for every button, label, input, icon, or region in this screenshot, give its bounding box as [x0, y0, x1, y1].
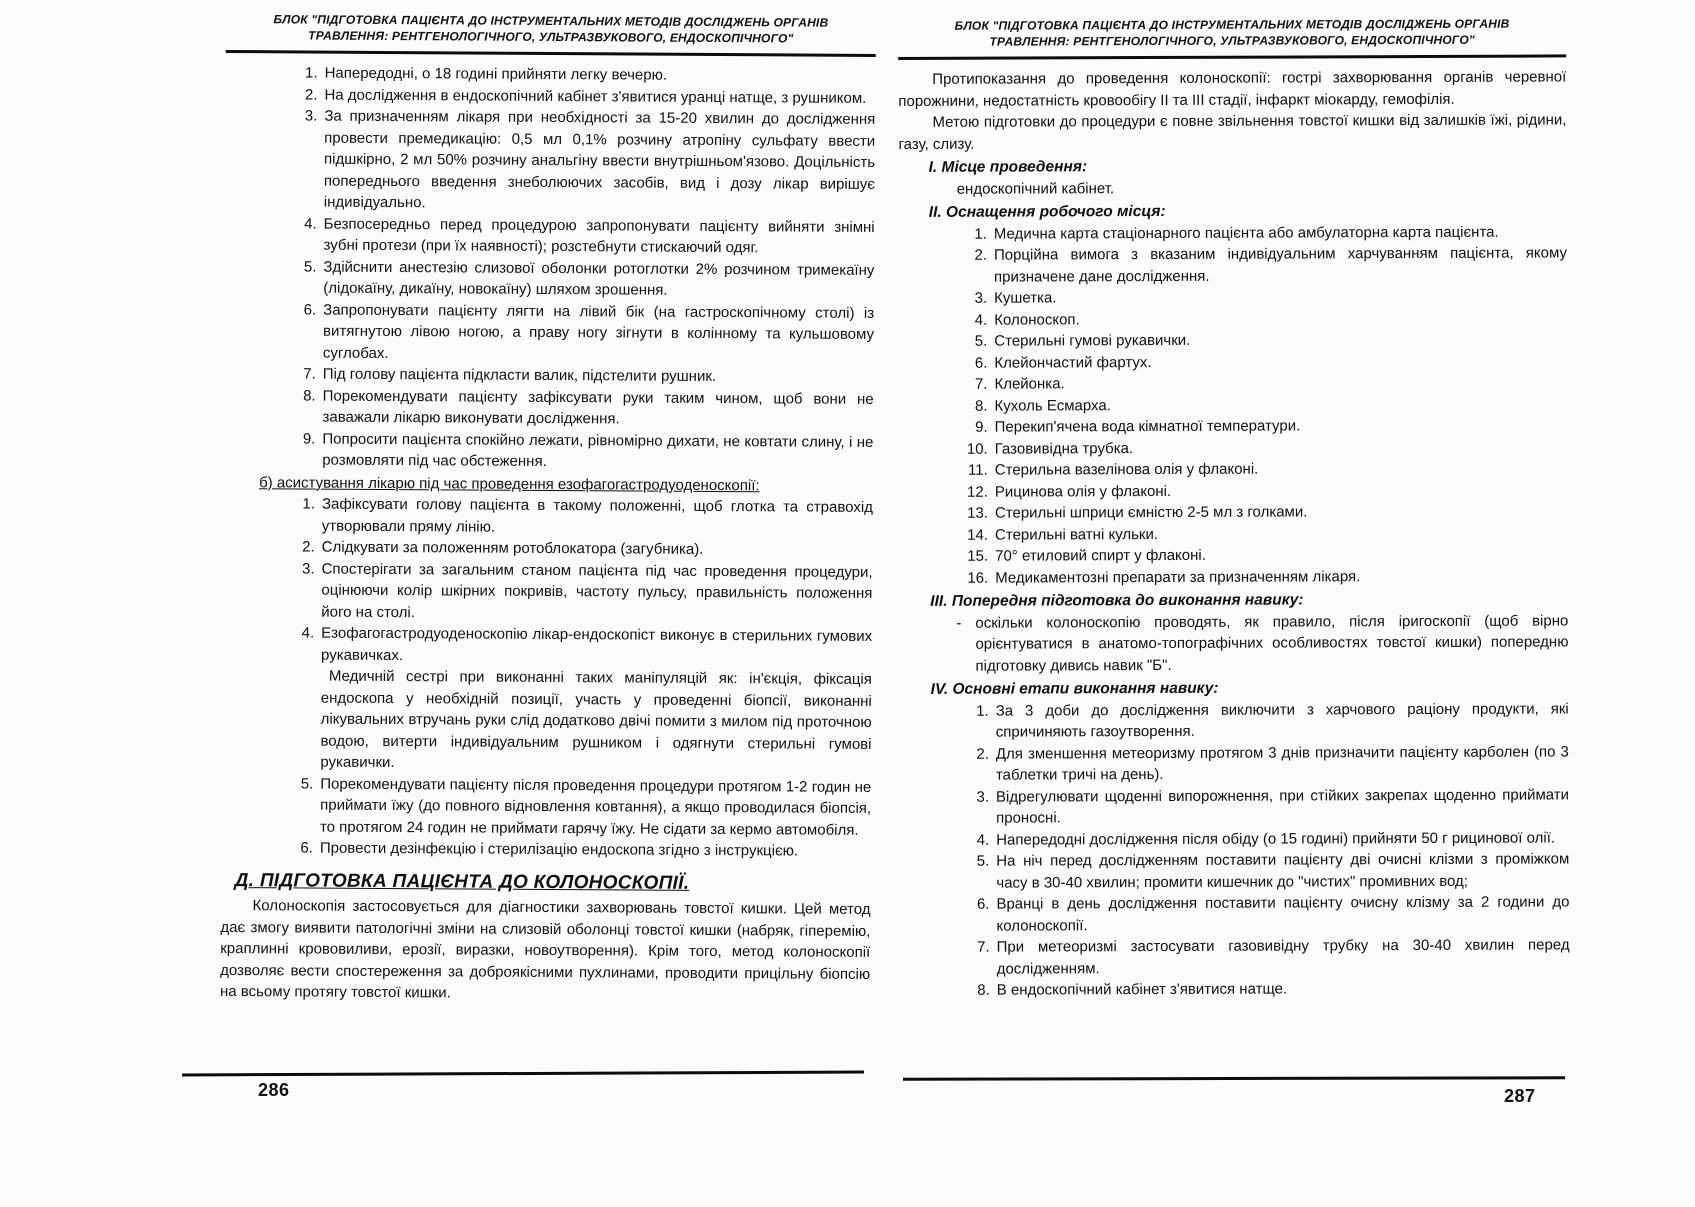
list-item: 1.Зафіксувати голову пацієнта в такому п…	[287, 493, 873, 540]
list-item-text: Колоноскоп.	[994, 307, 1567, 331]
list-item-number: 3.	[289, 105, 325, 213]
list-item: 16.Медикаментозні препарати за призначен…	[956, 565, 1568, 589]
list-item-number: 15.	[956, 546, 995, 568]
list-item: 3.Відрегулювати щоденні випорожнення, пр…	[957, 784, 1569, 829]
list-item-number: 13.	[956, 503, 995, 525]
running-title-line2: ТРАВЛЕННЯ: РЕНТГЕНОЛОГІЧНОГО, УЛЬТРАЗВУК…	[912, 31, 1552, 49]
list-item: 12.Рицинова олія у флаконі.	[956, 479, 1568, 503]
section-3-note: -оскільки колоноскопію проводять, як пра…	[956, 610, 1568, 677]
list-item: 5.Порекомендувати пацієнту після проведе…	[285, 773, 871, 841]
list-item-text: Зафіксувати голову пацієнта в такому пол…	[322, 494, 873, 540]
list-item: 13.Стерильні шприци ємністю 2-5 мл з гол…	[956, 500, 1568, 524]
list-item-text: Провести дезінфекцію і стерилізацію ендо…	[320, 838, 871, 863]
list-item: 5.Здійснити анестезію слизової оболонки …	[288, 256, 874, 303]
list-item-number: 2.	[289, 84, 324, 106]
list-item-text: Стерильні ватні кульки.	[995, 522, 1568, 546]
list-item-number: 9.	[956, 417, 995, 439]
list-item-number: 16.	[956, 567, 995, 589]
list-item: 2.Порційна вимога з вказаним індивідуаль…	[955, 242, 1567, 287]
colonoscopy-intro-paragraph: Колоноскопія застосовується для діагност…	[220, 895, 871, 1006]
list-item: 5.На ніч перед дослідженням поставити па…	[957, 848, 1569, 893]
list-item-number: 8.	[955, 395, 994, 417]
list-item-text: Безпосередньо перед процедурою запропону…	[323, 213, 874, 259]
equipment-list: 1.Медична карта стаціонарного пацієнта а…	[955, 221, 1568, 589]
list-item-text: Попросити пацієнта спокійно лежати, рівн…	[322, 428, 873, 474]
list-item-number: 5.	[288, 256, 323, 299]
list-item-text: Здійснити анестезію слизової оболонки ро…	[323, 256, 874, 302]
main-steps-list: 1.За 3 доби до дослідження виключити з х…	[957, 698, 1570, 1001]
list-item-number: 1.	[290, 62, 325, 84]
list-item: 3.Кушетка.	[955, 285, 1567, 309]
list-item-text: В ендоскопічний кабінет з'явитися натще.	[997, 977, 1570, 1001]
list-item-number: 7.	[958, 937, 997, 980]
list-item-text: За 3 доби до дослідження виключити з хар…	[996, 698, 1569, 743]
list-item-number: 1.	[957, 700, 996, 743]
list-item: 4.Напередодні дослідження після обіду (о…	[957, 827, 1569, 851]
list-item: 4.Колоноскоп.	[955, 307, 1567, 331]
list-item: 8.В ендоскопічний кабінет з'явитися натщ…	[958, 977, 1570, 1001]
list-item-text: Перекип'ячена вода кімнатної температури…	[995, 414, 1568, 438]
list-item-number: 5.	[955, 331, 994, 353]
list-item: 6.Провести дезінфекцію і стерилізацію ен…	[285, 837, 871, 862]
section-1-text: ендоскопічний кабінет.	[957, 176, 1567, 200]
list-item-text: Відрегулювати щоденні випорожнення, при …	[996, 784, 1569, 829]
section-3-title: III. Попередня підготовка до виконання н…	[930, 588, 1568, 612]
list-item: 4.Езофагогастродуоденоскопію лікар-ендос…	[286, 622, 872, 669]
list-item-number: 2.	[287, 536, 322, 558]
list-item: 15.70° етиловий спирт у флаконі.	[956, 543, 1568, 567]
list-item-number: 3.	[286, 558, 321, 623]
list-item: 11.Стерильна вазелінова олія у флаконі.	[956, 457, 1568, 481]
list-item: 3.За призначенням лікаря при необхідност…	[289, 105, 876, 216]
right-page-number: 287	[1504, 1086, 1536, 1107]
list-item-text: Газовивідна трубка.	[995, 436, 1568, 460]
section-1-title: I. Місце проведення:	[929, 154, 1567, 178]
running-title-left: БЛОК "ПІДГОТОВКА ПАЦІЄНТА ДО ІНСТРУМЕНТА…	[226, 8, 876, 57]
list-item-text: Для зменшення метеоризму протягом 3 днів…	[996, 741, 1569, 786]
list-item-number: 10.	[956, 438, 995, 460]
list-item-text: Рицинова олія у флаконі.	[995, 479, 1568, 503]
list-item-text: Стерильна вазелінова олія у флаконі.	[995, 457, 1568, 481]
list-item-text: Вранці в день дослідження поставити паці…	[996, 891, 1569, 936]
list-item-number: 3.	[957, 786, 996, 829]
page-right: БЛОК "ПІДГОТОВКА ПАЦІЄНТА ДО ІНСТРУМЕНТА…	[898, 5, 1570, 1001]
list-item-number: 9.	[287, 428, 322, 471]
list-item: 5.Стерильні гумові рукавички.	[955, 328, 1567, 352]
running-title-line2: ТРАВЛЕННЯ: РЕНТГЕНОЛОГІЧНОГО, УЛЬТРАЗВУК…	[240, 27, 862, 47]
list-item-number: 6.	[957, 894, 996, 937]
list-item-text: Медична карта стаціонарного пацієнта або…	[994, 221, 1567, 245]
list-item-text: Кухоль Есмарха.	[994, 393, 1567, 417]
list-item-text: Медикаментозні препарати за призначенням…	[995, 565, 1568, 589]
list-item-text: На ніч перед дослідженням поставити паці…	[996, 848, 1569, 893]
running-title-right: БЛОК "ПІДГОТОВКА ПАЦІЄНТА ДО ІНСТРУМЕНТА…	[898, 5, 1566, 60]
list-item: 4.Безпосередньо перед процедурою запропо…	[288, 213, 874, 260]
list-item: 6.Вранці в день дослідження поставити па…	[957, 891, 1569, 936]
list-item-number: 4.	[955, 309, 994, 331]
right-page-footer-rule	[903, 1076, 1565, 1080]
section-2-title: II. Оснащення робочого місця:	[929, 199, 1567, 223]
section-4-title: IV. Основні етапи виконання навику:	[931, 676, 1569, 700]
list-item: 6.Запропонувати пацієнту лягти на лівий …	[288, 299, 874, 367]
list-item-number: 3.	[955, 288, 994, 310]
list-item-number: 14.	[956, 524, 995, 546]
list-item-text: Напередодні дослідження після обіду (о 1…	[996, 827, 1569, 851]
left-page-footer-rule	[182, 1071, 864, 1077]
list-item-text: Езофагогастродуоденоскопію лікар-ендоско…	[321, 623, 872, 669]
list-item-number: 12.	[956, 481, 995, 503]
list-item-number: 4.	[957, 829, 996, 851]
page-left: БЛОК "ПІДГОТОВКА ПАЦІЄНТА ДО ІНСТРУМЕНТА…	[220, 8, 876, 1006]
list-item-number: 5.	[285, 773, 320, 838]
list-item-number: 11.	[956, 460, 995, 482]
list-item-text: Порекомендувати пацієнту після проведенн…	[320, 773, 871, 841]
list-item-number: 6.	[288, 299, 323, 364]
list-item-text: оскільки колоноскопію проводять, як прав…	[975, 610, 1568, 677]
list-item-number: 1.	[955, 223, 994, 245]
list-item-text: Клейонка.	[994, 371, 1567, 395]
list-item-number: 6.	[955, 352, 994, 374]
list-item: 7.Клейонка.	[955, 371, 1567, 395]
list-item-number: 1.	[287, 493, 322, 536]
list-item-number: 8.	[958, 980, 997, 1002]
list-item: 8.Кухоль Есмарха.	[955, 393, 1567, 417]
section-d-heading: Д. ПІДГОТОВКА ПАЦІЄНТА ДО КОЛОНОСКОПІЇ.	[235, 870, 871, 895]
book-scan-spread: БЛОК "ПІДГОТОВКА ПАЦІЄНТА ДО ІНСТРУМЕНТА…	[0, 0, 1695, 1207]
list-item: 2.Для зменшення метеоризму протягом 3 дн…	[957, 741, 1569, 786]
preparation-goal-paragraph: Метою підготовки до процедури є повне зв…	[898, 109, 1566, 155]
list-item-text: Клейончастий фартух.	[994, 350, 1567, 374]
nurse-note-paragraph: Медичній сестрі при виконанні таких мані…	[320, 666, 872, 777]
list-item-number: 5.	[957, 851, 996, 894]
dash-bullet: -	[956, 612, 975, 677]
list-item-number: 8.	[287, 385, 322, 428]
list-item-number: 4.	[286, 622, 321, 665]
list-item-number: 7.	[955, 374, 994, 396]
list-item: 6.Клейончастий фартух.	[955, 350, 1567, 374]
procedure-steps-list: 1.Напередодні, о 18 годині прийняти легк…	[287, 62, 875, 474]
list-item-text: 70° етиловий спирт у флаконі.	[995, 543, 1568, 567]
list-item-number: 7.	[288, 363, 323, 385]
contraindications-paragraph: Протипоказання до проведення колоноскопі…	[898, 66, 1566, 112]
list-item-number: 4.	[288, 213, 323, 256]
list-item: 14.Стерильні ватні кульки.	[956, 522, 1568, 546]
list-item-number: 2.	[957, 743, 996, 786]
assisting-steps-list-continued: 5.Порекомендувати пацієнту після проведе…	[285, 773, 872, 863]
list-item-text: Стерильні шприци ємністю 2-5 мл з голкам…	[995, 500, 1568, 524]
assisting-steps-list: 1.Зафіксувати голову пацієнта в такому п…	[286, 493, 873, 669]
left-page-number: 286	[258, 1080, 290, 1101]
list-item-text: Запропонувати пацієнту лягти на лівий бі…	[323, 299, 874, 367]
list-item: 3.Спостерігати за загальним станом паціє…	[286, 558, 872, 626]
list-item: 1.За 3 доби до дослідження виключити з х…	[957, 698, 1569, 743]
list-item-text: Кушетка.	[994, 285, 1567, 309]
list-item: 1.Медична карта стаціонарного пацієнта а…	[955, 221, 1567, 245]
list-item: 8.Порекомендувати пацієнту зафіксувати р…	[287, 385, 873, 432]
list-item-text: Стерильні гумові рукавички.	[994, 328, 1567, 352]
list-item-text: За призначенням лікаря при необхідності …	[324, 106, 876, 217]
list-item-number: 2.	[955, 245, 994, 288]
list-item-text: Спостерігати за загальним станом пацієнт…	[321, 558, 872, 626]
list-item: 9.Перекип'ячена вода кімнатної температу…	[956, 414, 1568, 438]
list-item-text: Порекомендувати пацієнту зафіксувати рук…	[322, 385, 873, 431]
list-item-text: Порційна вимога з вказаним індивідуальни…	[994, 242, 1567, 287]
list-item-text: При метеоризмі застосувати газовивідну т…	[997, 934, 1570, 979]
list-item: 9.Попросити пацієнта спокійно лежати, рі…	[287, 428, 873, 475]
list-item: 10.Газовивідна трубка.	[956, 436, 1568, 460]
list-item: 7.При метеоризмі застосувати газовивідну…	[958, 934, 1570, 979]
list-item-number: 6.	[285, 837, 320, 859]
